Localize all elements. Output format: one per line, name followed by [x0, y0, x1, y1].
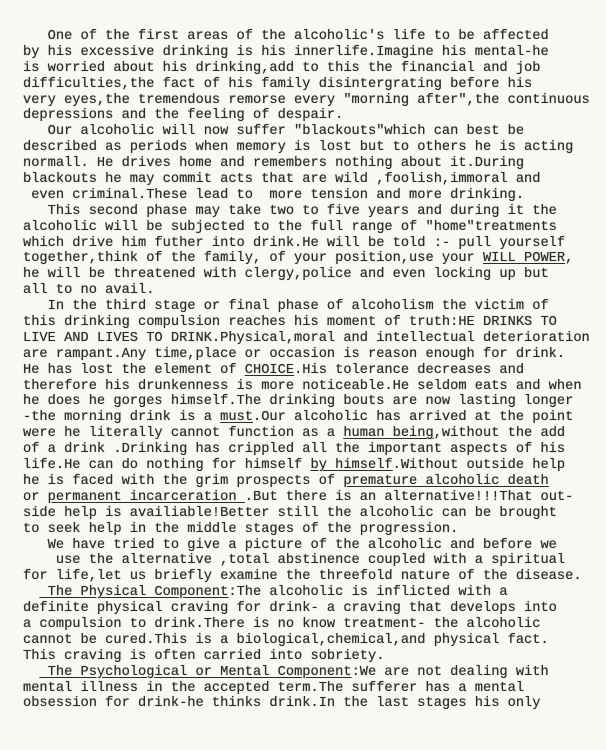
text-segment: together,think of the family, of your po… — [23, 251, 483, 266]
text-line: mental illness in the accepted term.The … — [23, 681, 590, 697]
text-line: He has lost the element of CHOICE.His to… — [23, 363, 590, 379]
text-segment: are rampant.Any time,place or occasion i… — [23, 347, 565, 362]
text-line: use the alternative ,total abstinence co… — [23, 553, 590, 569]
text-line: very eyes,the tremendous remorse every "… — [23, 93, 590, 109]
text-segment: very eyes,the tremendous remorse every "… — [23, 93, 590, 108]
text-line: of a drink .Drinking has crippled all th… — [23, 442, 590, 458]
text-segment: or — [23, 490, 48, 505]
text-segment: he will be threatened with clergy,police… — [23, 267, 549, 282]
text-segment: :The alcoholic is inflicted with a — [228, 585, 507, 600]
text-line: which drive him futher into drink.He wil… — [23, 236, 590, 252]
text-line: all to no avail. — [23, 283, 590, 299]
text-segment: , — [565, 251, 573, 266]
underlined-text: WILL POWER — [483, 251, 565, 266]
text-segment: even criminal.These lead to more tension… — [23, 188, 524, 203]
text-segment: described as periods when memory is lost… — [23, 140, 573, 155]
text-segment: were he literally cannot function as a — [23, 426, 343, 441]
text-line: blackouts he may commit acts that are wi… — [23, 172, 590, 188]
text-line: a compulsion to drink.There is no know t… — [23, 617, 590, 633]
text-segment: this drinking compulsion reaches his mom… — [23, 315, 557, 330]
text-line: normall. He drives home and remembers no… — [23, 156, 590, 172]
text-line: difficulties,the fact of his family disi… — [23, 77, 590, 93]
text-segment: normall. He drives home and remembers no… — [23, 156, 524, 171]
text-segment: which drive him futher into drink.He wil… — [23, 236, 565, 251]
text-segment: of a drink .Drinking has crippled all th… — [23, 442, 565, 457]
text-segment: In the third stage or final phase of alc… — [23, 299, 549, 314]
text-segment: :We are not dealing with — [352, 665, 549, 680]
text-line: The Psychological or Mental Component:We… — [23, 665, 590, 681]
text-segment: .Our alcoholic has arrived at the point — [253, 410, 573, 425]
text-segment: to seek help in the middle stages of the… — [23, 522, 458, 537]
text-segment: obsession for drink-he thinks drink.In t… — [23, 696, 540, 711]
text-line: -the morning drink is a must.Our alcohol… — [23, 410, 590, 426]
document-text: One of the first areas of the alcoholic'… — [23, 29, 590, 712]
text-segment: is worried about his drinking,add to thi… — [23, 61, 540, 76]
text-segment: definite physical craving for drink- a c… — [23, 601, 557, 616]
text-line: he is faced with the grim prospects of p… — [23, 474, 590, 490]
underlined-text: permanent incarceration — [48, 490, 245, 505]
underlined-text: CHOICE — [245, 363, 294, 378]
text-line: definite physical craving for drink- a c… — [23, 601, 590, 617]
underlined-text: premature alcoholic death — [343, 474, 548, 489]
text-line: were he literally cannot function as a h… — [23, 426, 590, 442]
text-line: side help is availiable!Better still the… — [23, 506, 590, 522]
text-line: he will be threatened with clergy,police… — [23, 267, 590, 283]
text-segment: This craving is often carried into sobri… — [23, 649, 384, 664]
document-page: One of the first areas of the alcoholic'… — [0, 0, 606, 750]
text-segment: all to no avail. — [23, 283, 154, 298]
text-line: or permanent incarceration .But there is… — [23, 490, 590, 506]
text-line: We have tried to give a picture of the a… — [23, 538, 590, 554]
text-line: together,think of the family, of your po… — [23, 251, 590, 267]
text-segment: use the alternative ,total abstinence co… — [23, 553, 565, 568]
text-line: One of the first areas of the alcoholic'… — [23, 29, 590, 45]
underlined-text: human being — [343, 426, 433, 441]
text-line: cannot be cured.This is a biological,che… — [23, 633, 590, 649]
text-segment: .But there is an alternative!!!That out- — [245, 490, 574, 505]
text-line: is worried about his drinking,add to thi… — [23, 61, 590, 77]
text-line: alcoholic will be subjected to the full … — [23, 220, 590, 236]
text-segment: a compulsion to drink.There is no know t… — [23, 617, 540, 632]
text-segment: therefore his drunkenness is more notice… — [23, 379, 582, 394]
text-line: he does he gorges himself.The drinking b… — [23, 394, 590, 410]
text-segment: side help is availiable!Better still the… — [23, 506, 557, 521]
underlined-text: by himself — [310, 458, 392, 473]
text-line: are rampant.Any time,place or occasion i… — [23, 347, 590, 363]
text-segment: life.He can do nothing for himself — [23, 458, 310, 473]
text-line: LIVE AND LIVES TO DRINK.Physical,moral a… — [23, 331, 590, 347]
text-segment: for life,let us briefly examine the thre… — [23, 569, 582, 584]
text-line: This second phase may take two to five y… — [23, 204, 590, 220]
text-segment: He has lost the element of — [23, 363, 245, 378]
text-line: by his excessive drinking is his innerli… — [23, 45, 590, 61]
text-line: to seek help in the middle stages of the… — [23, 522, 590, 538]
text-line: depressions and the feeling of despair. — [23, 108, 590, 124]
text-segment — [23, 585, 39, 600]
text-segment: .His tolerance decreases and — [294, 363, 524, 378]
text-segment: he does he gorges himself.The drinking b… — [23, 394, 573, 409]
underlined-text: The Physical Component — [39, 585, 228, 600]
text-line: described as periods when memory is lost… — [23, 140, 590, 156]
text-segment: -the morning drink is a — [23, 410, 220, 425]
text-line: this drinking compulsion reaches his mom… — [23, 315, 590, 331]
text-line: for life,let us briefly examine the thre… — [23, 569, 590, 585]
text-line: In the third stage or final phase of alc… — [23, 299, 590, 315]
text-segment: cannot be cured.This is a biological,che… — [23, 633, 549, 648]
text-segment: blackouts he may commit acts that are wi… — [23, 172, 540, 187]
text-segment: difficulties,the fact of his family disi… — [23, 77, 532, 92]
underlined-text: The Psychological or Mental Component — [39, 665, 351, 680]
text-line: obsession for drink-he thinks drink.In t… — [23, 696, 590, 712]
text-segment: mental illness in the accepted term.The … — [23, 681, 524, 696]
text-segment: alcoholic will be subjected to the full … — [23, 220, 557, 235]
text-segment: depressions and the feeling of despair. — [23, 108, 343, 123]
text-segment: One of the first areas of the alcoholic'… — [23, 29, 549, 44]
text-segment: LIVE AND LIVES TO DRINK.Physical,moral a… — [23, 331, 590, 346]
text-line: therefore his drunkenness is more notice… — [23, 379, 590, 395]
text-segment: by his excessive drinking is his innerli… — [23, 45, 549, 60]
text-line: The Physical Component:The alcoholic is … — [23, 585, 590, 601]
text-segment: he is faced with the grim prospects of — [23, 474, 343, 489]
underlined-text: must — [220, 410, 253, 425]
text-line: even criminal.These lead to more tension… — [23, 188, 590, 204]
text-segment: ,without the add — [434, 426, 565, 441]
text-segment: .Without outside help — [393, 458, 566, 473]
text-line: life.He can do nothing for himself by hi… — [23, 458, 590, 474]
text-segment: This second phase may take two to five y… — [23, 204, 557, 219]
text-segment: We have tried to give a picture of the a… — [23, 538, 557, 553]
text-line: This craving is often carried into sobri… — [23, 649, 590, 665]
text-segment: Our alcoholic will now suffer "blackouts… — [23, 124, 524, 139]
text-segment — [23, 665, 39, 680]
text-line: Our alcoholic will now suffer "blackouts… — [23, 124, 590, 140]
